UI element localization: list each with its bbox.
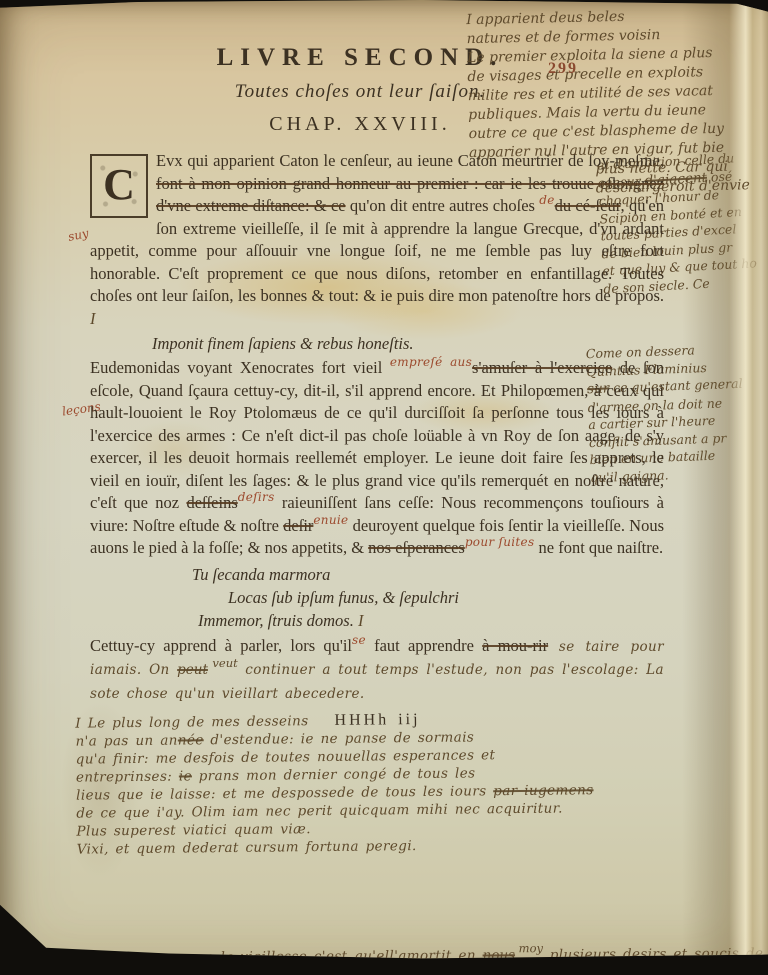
latin-quote: Imponit finem ſapiens & rebus honeſtis.	[152, 332, 664, 355]
latin-verse: Tu ſecanda marmoraLocas ſub ipſum funus,…	[192, 563, 664, 632]
paper-sheet: 299 I apparient deus belesnatures et de …	[0, 0, 768, 975]
handwritten-edge-line: ce que ie treuue en la vieillesse c'est …	[66, 946, 766, 967]
handwritten-addition: I Le plus long de mes desseinsHHHh iijn'…	[75, 707, 766, 858]
annotation-top-right: I apparient deus belesnatures et de form…	[466, 5, 768, 201]
drop-cap-initial: C	[90, 154, 148, 218]
scanned-book-page: 299 I apparient deus belesnatures et de …	[0, 0, 768, 975]
printed-text-block: CEvx qui apparient Caton le cenſeur, au …	[90, 150, 664, 855]
page-number: 299	[548, 60, 578, 78]
paragraph-3: Cettuy-cy apprend à parler, lors qu'ilse…	[90, 635, 664, 706]
paragraph-2: Eudemonidas voyant Xenocrates fort vieil…	[90, 357, 664, 560]
annotation-left-word: suy	[67, 226, 90, 244]
